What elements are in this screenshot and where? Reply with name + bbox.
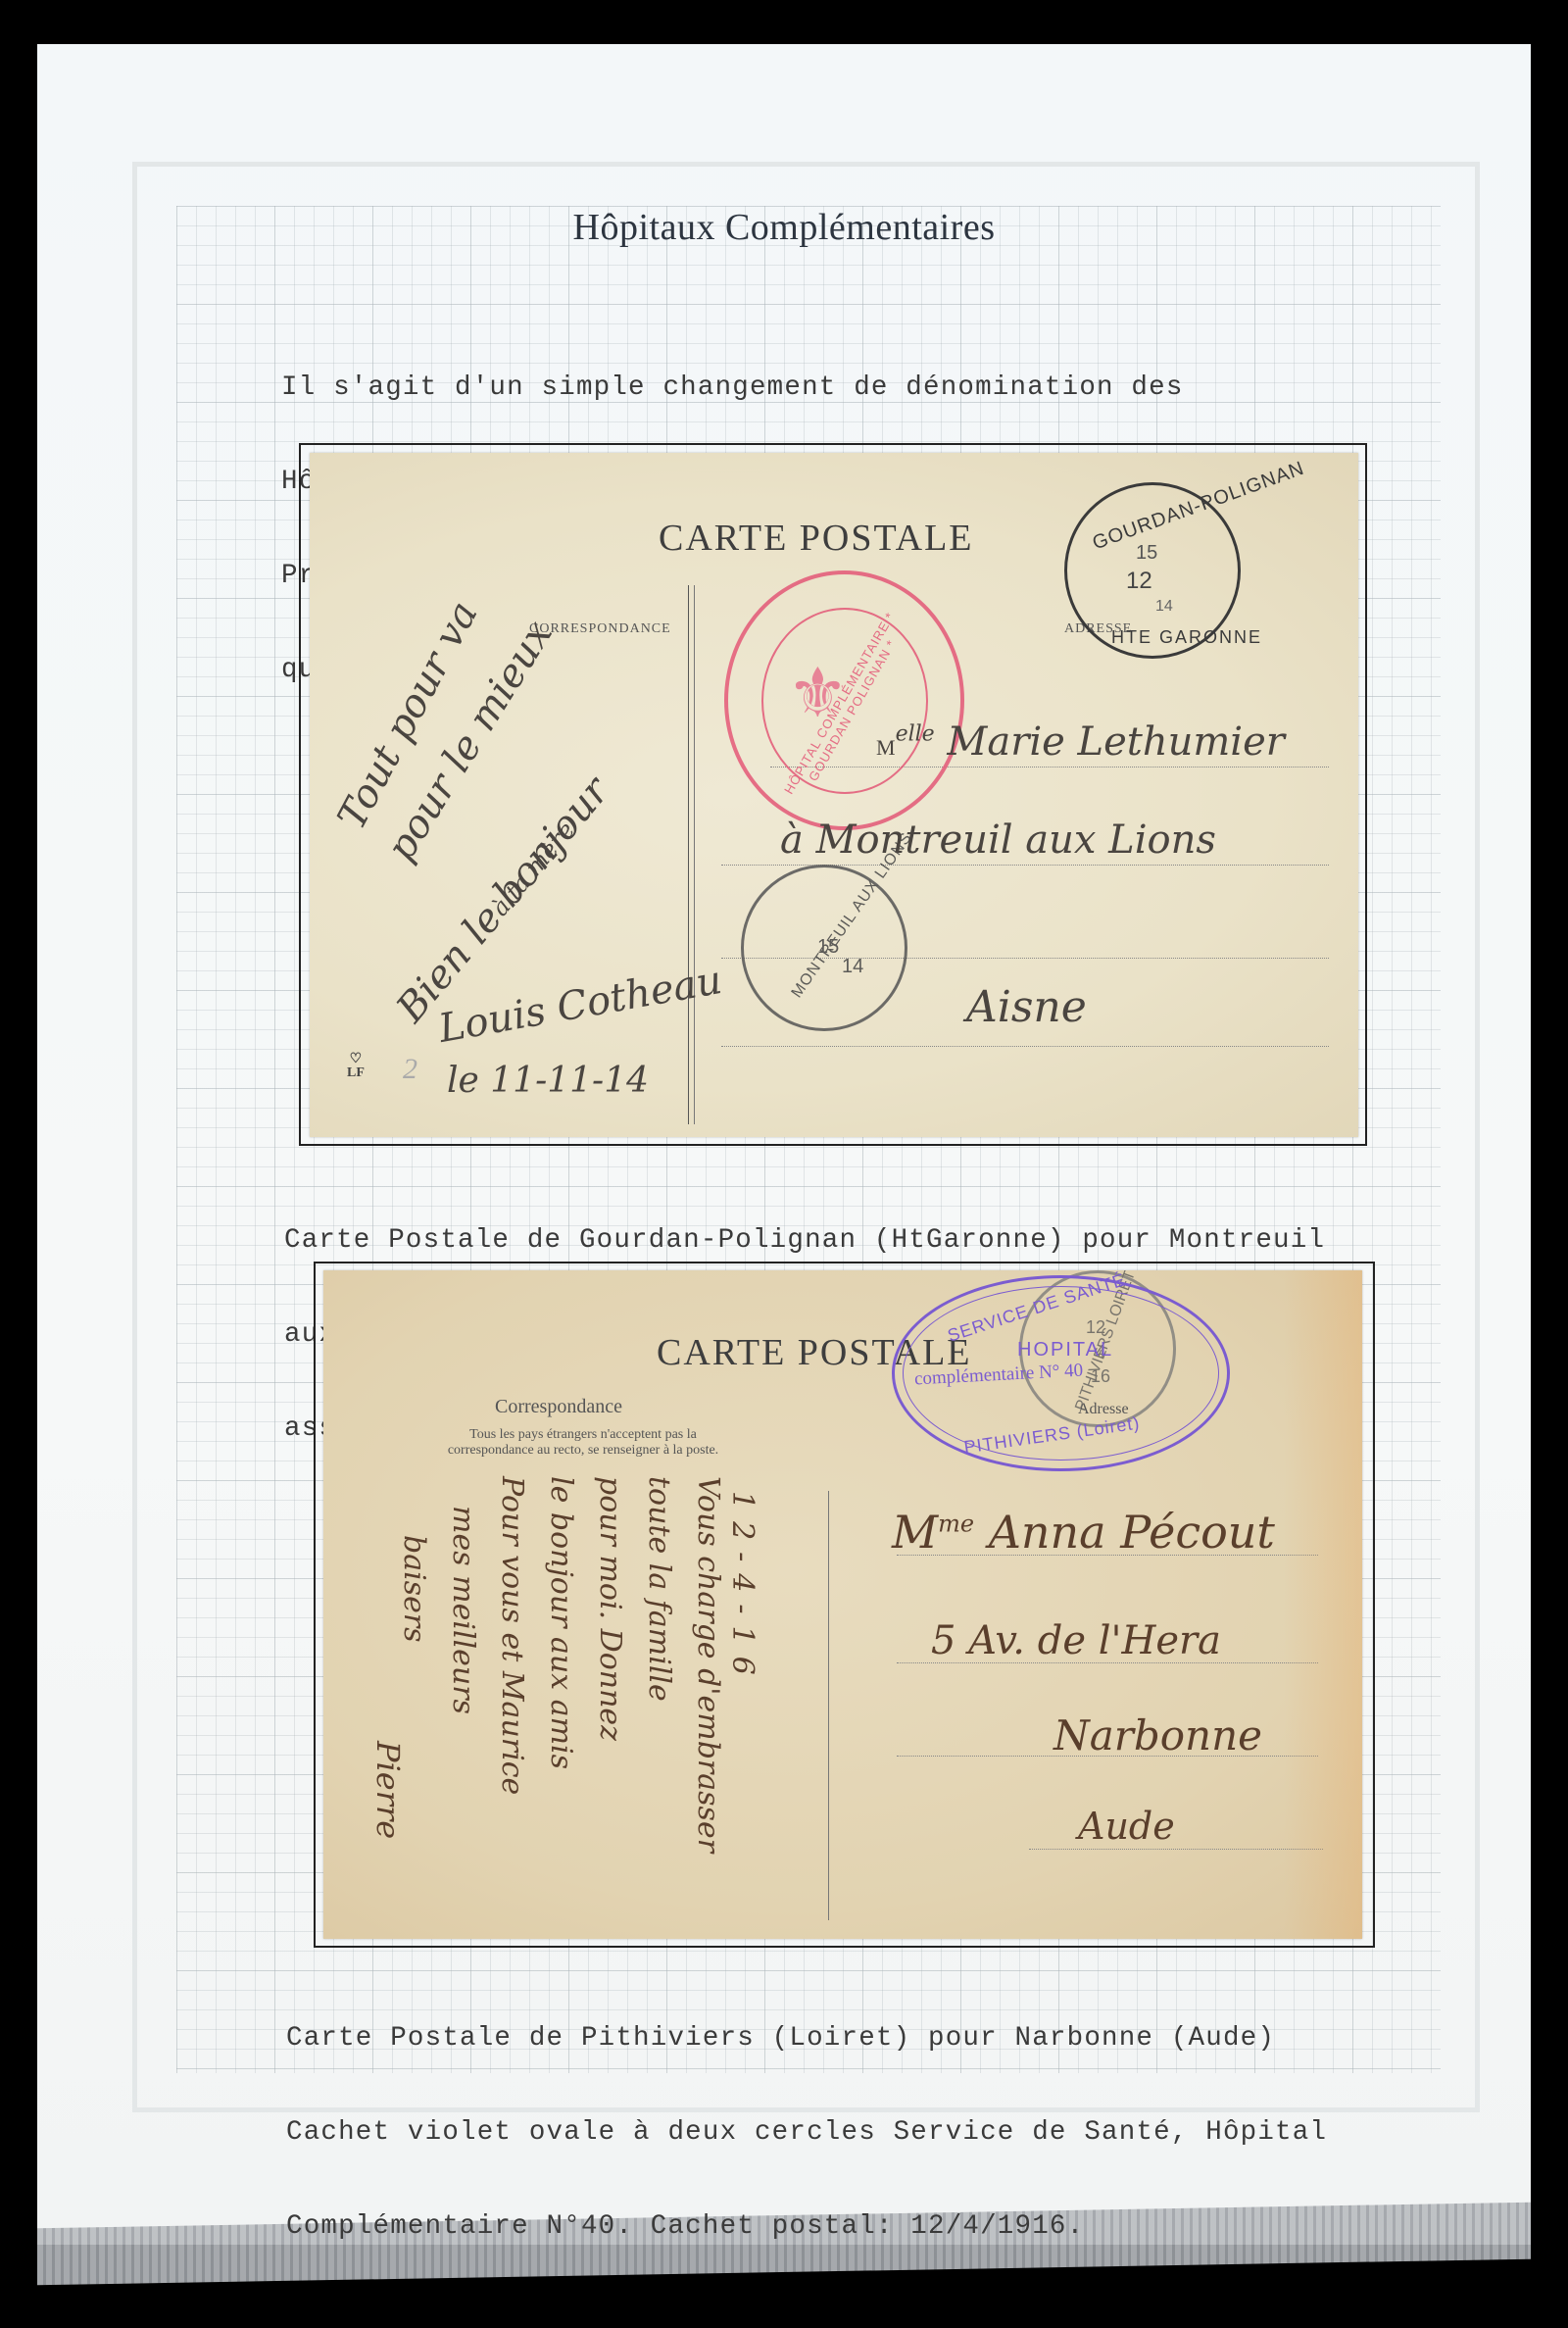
notice-line: Tous les pays étrangers n'acceptent pas … — [372, 1427, 794, 1443]
violet-oval-cachet: SERVICE DE SANTÉ HOPITAL complémentaire … — [892, 1275, 1230, 1471]
postmark-date-line: 14 — [842, 956, 863, 978]
handwritten-signature: Louis Cotheau — [435, 958, 725, 1052]
postmark-gourdan: GOURDAN-POLIGNAN 15 12 14 HTE GARONNE — [1064, 482, 1241, 659]
handwritten-message-line: pour moi. Donnez — [593, 1476, 627, 1741]
handwritten-message-line: toute la famille — [642, 1476, 676, 1702]
handwritten-message-line: baisers — [397, 1535, 431, 1643]
printed-notice: Tous les pays étrangers n'acceptent pas … — [372, 1427, 794, 1459]
postmark-date-line: 12 — [1126, 568, 1152, 595]
address-prefix: M — [892, 1506, 938, 1559]
caption-line: Cachet violet ovale à deux cercles Servi… — [286, 2117, 1327, 2149]
handwritten-signature: Pierre — [369, 1741, 407, 1839]
postmark-town: GOURDAN-POLIGNAN — [1090, 458, 1307, 556]
address-name: Anna Pécout — [989, 1506, 1275, 1559]
address-line — [1029, 1849, 1323, 1850]
red-hospital-cachet: ⚜ HÔPITAL COMPLÉMENTAIRE * GOURDAN POLIG… — [724, 570, 964, 830]
postcard-pithiviers: CARTE POSTALE Correspondance Tous les pa… — [323, 1270, 1362, 1939]
handwritten-message-line: le bonjour aux amis — [544, 1476, 578, 1769]
postcard-gourdan-polignan: CARTE POSTALE CORRESPONDANCE ADRESSE GOU… — [310, 453, 1358, 1137]
correspondance-label: Correspondance — [495, 1396, 622, 1418]
card-heading: CARTE POSTALE — [659, 517, 974, 560]
address-town: à Montreuil aux Lions — [780, 817, 1216, 863]
handwritten-date: le 11-11-14 — [447, 1061, 649, 1101]
intro-line: Il s'agit d'un simple changement de déno… — [281, 372, 1322, 404]
address-town: Narbonne — [1053, 1711, 1262, 1759]
address-prefix: M — [876, 735, 896, 760]
publisher-logo: ♡LF — [347, 1053, 365, 1080]
oval-hopital-text: HOPITAL — [1017, 1339, 1113, 1362]
postmark-montreuil: MONTREUIL AUX LIONS 15 14 — [741, 865, 907, 1031]
address-line — [721, 1046, 1329, 1047]
address-recipient: Mme Anna Pécout — [892, 1506, 1275, 1559]
publisher-heart-icon: ♡ — [350, 1052, 363, 1066]
handwritten-date: 12-4-16 — [725, 1491, 759, 1687]
postmark-dept: HTE GARONNE — [1111, 627, 1262, 648]
caption-line: Carte Postale de Gourdan-Polignan (HtGar… — [284, 1225, 1325, 1257]
handwritten-message-line: Vous charge d'embrasser — [691, 1476, 725, 1853]
handwritten-message-line: mes meilleurs — [446, 1506, 480, 1714]
address-department: Aude — [1078, 1805, 1175, 1848]
card-divider — [694, 585, 695, 1124]
notice-line: correspondance au recto, se renseigner à… — [372, 1443, 794, 1459]
postmark-date-line: 15 — [817, 936, 839, 959]
pencil-number: 2 — [403, 1053, 417, 1086]
card-divider — [828, 1491, 829, 1920]
address-prefix-sup: elle — [896, 722, 935, 747]
address-prefix-sup: me — [938, 1511, 974, 1538]
address-street: 5 Av. de l'Hera — [931, 1618, 1221, 1663]
address-department: Aisne — [966, 982, 1087, 1032]
address-recipient: Melle Marie Lethumier — [876, 719, 1285, 765]
handwritten-message-line: Pour vous et Maurice — [495, 1476, 529, 1795]
caption-line: Complémentaire N°40. Cachet postal: 12/4… — [286, 2211, 1327, 2243]
postmark-date-line: 15 — [1136, 542, 1157, 565]
caption-line: Carte Postale de Pithiviers (Loiret) pou… — [286, 2023, 1327, 2055]
card-divider — [688, 585, 689, 1124]
address-name: Marie Lethumier — [947, 719, 1284, 765]
card-caption: Carte Postale de Pithiviers (Loiret) pou… — [286, 1960, 1327, 2274]
postmark-date-line: 14 — [1155, 598, 1173, 616]
publisher-initials: LF — [347, 1065, 365, 1080]
page-title: Hôpitaux Complémentaires — [0, 206, 1568, 249]
